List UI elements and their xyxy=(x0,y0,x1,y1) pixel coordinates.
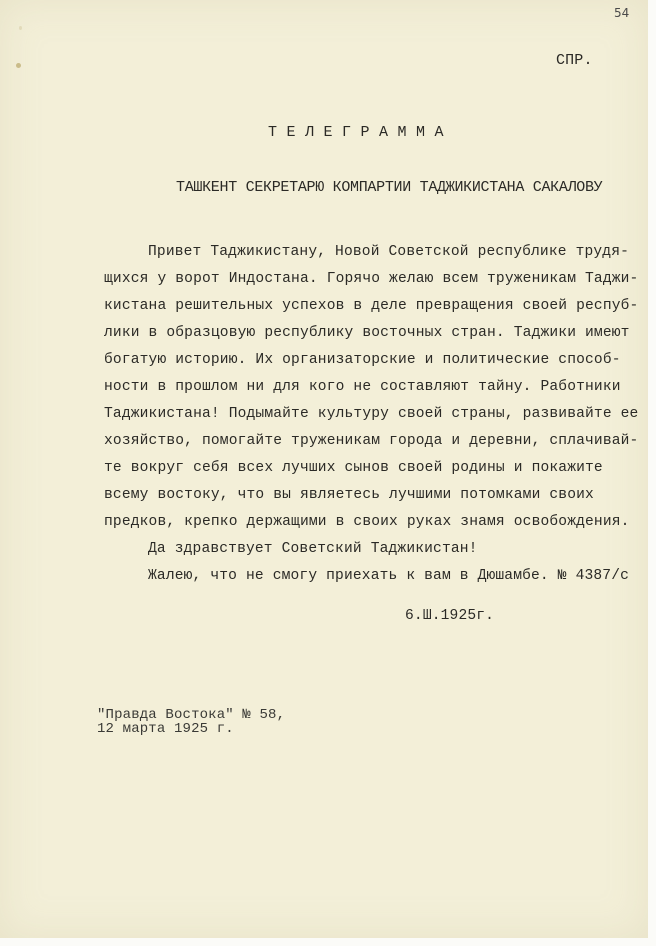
body-line: богатую историю. Их организаторские и по… xyxy=(104,352,621,368)
body-line: Привет Таджикистану, Новой Советской рес… xyxy=(148,244,629,260)
source-line: 12 марта 1925 г. xyxy=(97,722,234,736)
addressee-line: ТАШКЕНТ СЕКРЕТАРЮ КОМПАРТИИ ТАДЖИКИСТАНА… xyxy=(176,180,602,196)
body-line: ности в прошлом ни для кого не составляю… xyxy=(104,379,621,395)
body-line: Таджикистана! Подымайте культуру своей с… xyxy=(104,406,638,422)
body-line: те вокруг себя всех лучших сынов своей р… xyxy=(104,460,603,476)
paper-blemish xyxy=(16,63,21,68)
body-line: щихся у ворот Индостана. Горячо желаю вс… xyxy=(104,271,638,287)
body-line: хозяйство, помогайте труженикам города и… xyxy=(104,433,638,449)
body-line: предков, крепко держащими в своих руках … xyxy=(104,514,630,530)
paper-blemish xyxy=(19,26,22,30)
scan-edge-bottom xyxy=(0,938,656,946)
source-line: "Правда Востока" № 58, xyxy=(97,708,285,722)
document-title: ТЕЛЕГРАММА xyxy=(268,125,453,141)
folio-number: 54 xyxy=(614,6,629,20)
scan-edge-right xyxy=(648,0,656,946)
body-line: всему востоку, что вы являетесь лучшими … xyxy=(104,487,594,503)
salutation: Да здравствует Советский Таджикистан! xyxy=(148,541,478,557)
closing-line: Жалею, что не смогу приехать к вам в Дюш… xyxy=(148,568,629,584)
body-line: лики в образцовую республику восточных с… xyxy=(104,325,630,341)
classification-mark: СПР. xyxy=(556,53,593,69)
telegram-date: 6.Ш.1925г. xyxy=(405,608,494,624)
body-line: кистана решительных успехов в деле превр… xyxy=(104,298,638,314)
